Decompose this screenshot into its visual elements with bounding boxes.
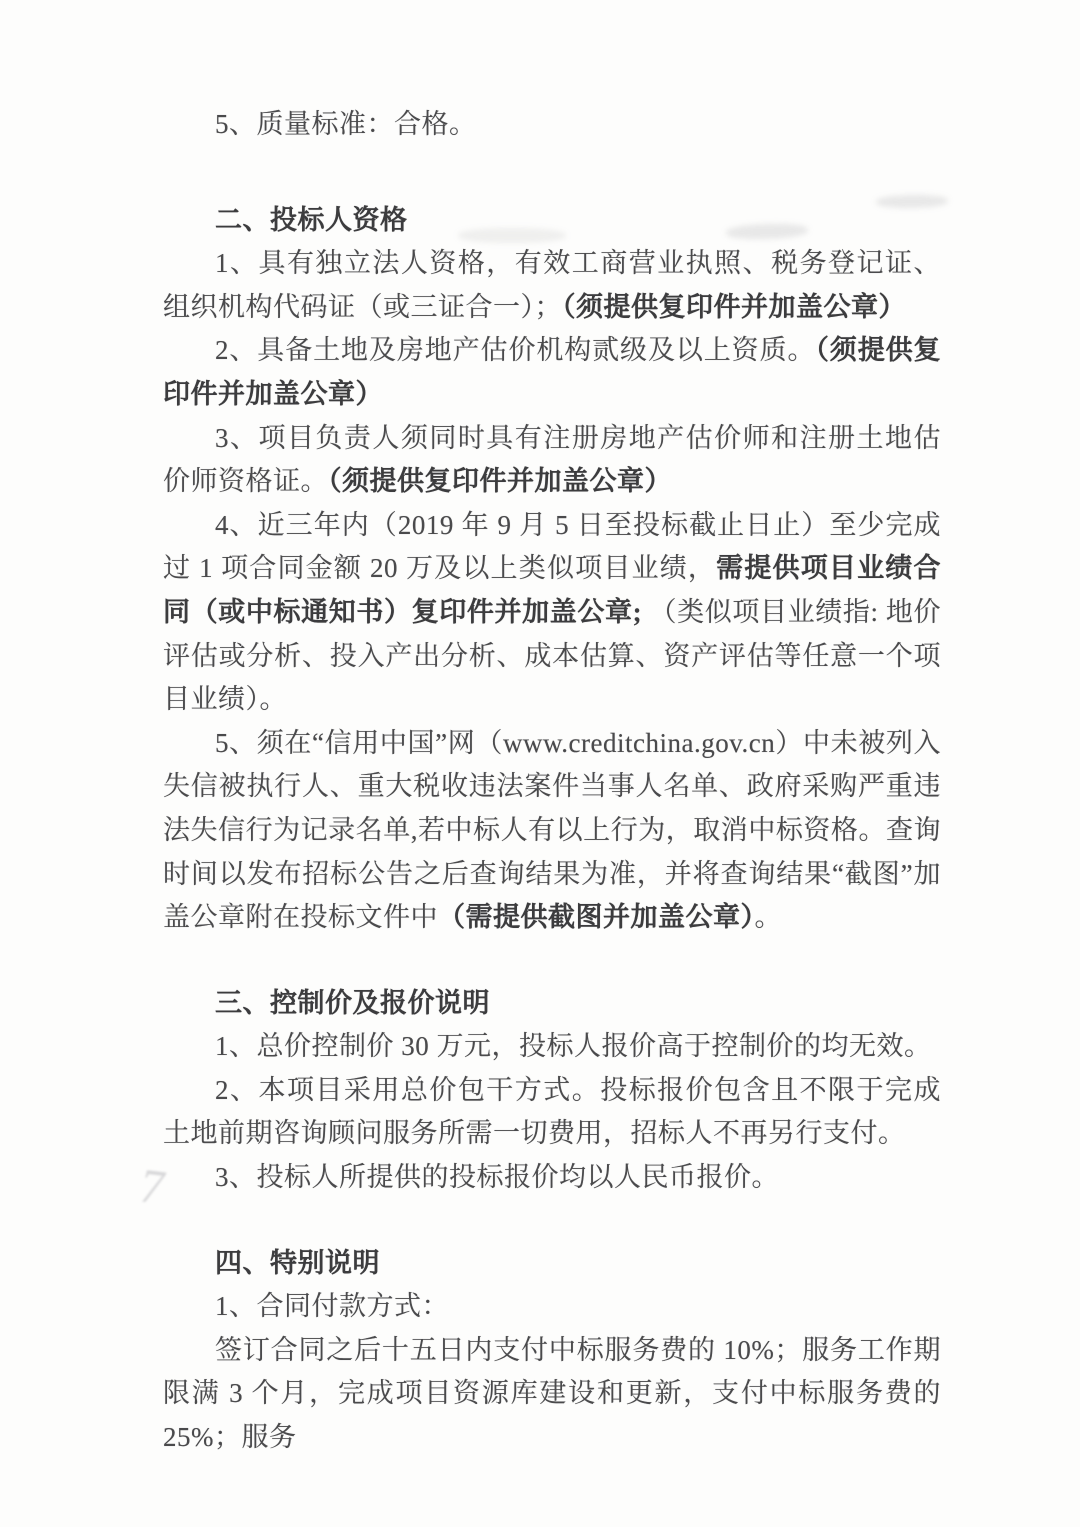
bold-text-run: （须提供复印件并加盖公章） bbox=[562, 292, 906, 322]
text-run: 1、总价控制价 30 万元，投标人报价高于控制价的均无效。 bbox=[215, 1031, 932, 1061]
text-run: 1、合同付款方式： bbox=[215, 1291, 449, 1321]
text-run: 2、具备土地及房地产估价机构贰级及以上资质。 bbox=[215, 335, 815, 365]
paragraph: 1、总价控制价 30 万元，投标人报价高于控制价的均无效。 bbox=[163, 1025, 941, 1069]
section-heading: 四、特别说明 bbox=[163, 1242, 941, 1286]
paragraph: 1、合同付款方式： bbox=[163, 1285, 941, 1329]
text-run: 3、投标人所提供的投标报价均以人民币报价。 bbox=[215, 1162, 779, 1192]
section-heading: 三、控制价及报价说明 bbox=[163, 982, 941, 1026]
document-body: 5、质量标准：合格。二、投标人资格1、具有独立法人资格，有效工商营业执照、税务登… bbox=[163, 103, 941, 1460]
bold-text-run: 四、特别说明 bbox=[215, 1248, 380, 1278]
paragraph: 3、项目负责人须同时具有注册房地产估价师和注册土地估价师资格证。（须提供复印件并… bbox=[163, 417, 941, 504]
blank-line bbox=[163, 147, 941, 199]
bold-text-run: （须提供复印件并加盖公章） bbox=[328, 466, 672, 496]
text-run: 5、质量标准：合格。 bbox=[215, 109, 477, 139]
blank-line bbox=[163, 940, 941, 982]
text-run: 2、本项目采用总价包干方式。投标报价包含且不限于完成土地前期咨询顾问服务所需一切… bbox=[163, 1075, 941, 1149]
bold-text-run: 二、投标人资格 bbox=[215, 205, 408, 235]
paragraph: 1、具有独立法人资格，有效工商营业执照、税务登记证、组织机构代码证（或三证合一）… bbox=[163, 242, 941, 329]
scanned-document-page: 7 5、质量标准：合格。二、投标人资格1、具有独立法人资格，有效工商营业执照、税… bbox=[0, 0, 1080, 1527]
paragraph: 4、近三年内（2019 年 9 月 5 日至投标截止日止）至少完成过 1 项合同… bbox=[163, 504, 941, 722]
section-heading: 二、投标人资格 bbox=[163, 199, 941, 243]
blank-line bbox=[163, 1200, 941, 1242]
bold-text-run: （需提供截图并加盖公章） bbox=[438, 902, 755, 932]
text-run: 。 bbox=[755, 902, 783, 932]
text-run: 签订合同之后十五日内支付中标服务费的 10%；服务工作期限满 3 个月，完成项目… bbox=[163, 1335, 941, 1452]
paragraph: 2、本项目采用总价包干方式。投标报价包含且不限于完成土地前期咨询顾问服务所需一切… bbox=[163, 1069, 941, 1156]
paragraph: 5、须在“信用中国”网（www.creditchina.gov.cn）中未被列入… bbox=[163, 722, 941, 940]
paragraph: 签订合同之后十五日内支付中标服务费的 10%；服务工作期限满 3 个月，完成项目… bbox=[163, 1329, 941, 1460]
paragraph: 2、具备土地及房地产估价机构贰级及以上资质。（须提供复印件并加盖公章） bbox=[163, 329, 941, 416]
bold-text-run: 三、控制价及报价说明 bbox=[215, 988, 490, 1018]
paragraph: 5、质量标准：合格。 bbox=[163, 103, 941, 147]
paragraph: 3、投标人所提供的投标报价均以人民币报价。 bbox=[163, 1156, 941, 1200]
